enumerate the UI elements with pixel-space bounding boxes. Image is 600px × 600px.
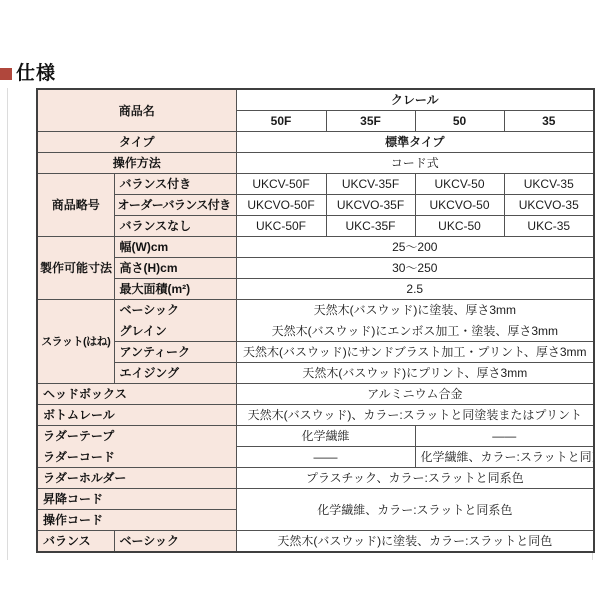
cell-slat-basic: 天然木(バスウッド)に塗装、厚さ3mm [236, 300, 594, 321]
row-height: 高さ(H)cm 30～250 [37, 258, 594, 279]
cell-cords: 化学繊維、カラー:スラットと同系色 [236, 489, 594, 531]
row-code-no-valance: バランスなし UKC-50F UKC-35F UKC-50 UKC-35 [37, 216, 594, 237]
label-ladder-tape: ラダーテープ [37, 426, 236, 447]
label-slat: スラット(はね) [37, 300, 114, 384]
row-type: タイプ 標準タイプ [37, 132, 594, 153]
row-slat-antique: アンティーク 天然木(バスウッド)にサンドブラスト加工・プリント、厚さ3mm [37, 342, 594, 363]
cell-model-35: 35 [504, 111, 594, 132]
cell-code: UKCVO-35 [504, 195, 594, 216]
cell-code: UKCV-35F [326, 174, 415, 195]
label-ladder-holder: ラダーホルダー [37, 468, 236, 489]
cell-slat-grain: 天然木(バスウッド)にエンボス加工・塗装、厚さ3mm [236, 321, 594, 342]
cell-ladder-tape-f: 化学繊維 [236, 426, 415, 447]
cell-code: UKC-50F [236, 216, 326, 237]
row-slat-grain: グレイン 天然木(バスウッド)にエンボス加工・塗装、厚さ3mm [37, 321, 594, 342]
label-bottom-rail: ボトムレール [37, 405, 236, 426]
cell-height-range: 30～250 [236, 258, 594, 279]
row-bottom-rail: ボトムレール 天然木(バスウッド)、カラー:スラットと同塗装またはプリント [37, 405, 594, 426]
cell-headbox: アルミニウム合金 [236, 384, 594, 405]
label-valance: バランス [37, 531, 114, 553]
label-height: 高さ(H)cm [114, 258, 236, 279]
cell-code: UKC-35 [504, 216, 594, 237]
row-slat-basic: スラット(はね) ベーシック 天然木(バスウッド)に塗装、厚さ3mm [37, 300, 594, 321]
cell-code: UKC-35F [326, 216, 415, 237]
row-operation: 操作方法 コード式 [37, 153, 594, 174]
row-width: 製作可能寸法 幅(W)cm 25～200 [37, 237, 594, 258]
row-product-name: 商品名 クレール [37, 89, 594, 111]
label-slat-basic: ベーシック [114, 300, 236, 321]
label-product-name: 商品名 [37, 89, 236, 132]
cell-bottom-rail: 天然木(バスウッド)、カラー:スラットと同塗装またはプリント [236, 405, 594, 426]
page-edge-left [7, 88, 8, 560]
cell-ladder-cord-std: 化学繊維、カラー:スラットと同系色 [415, 447, 594, 468]
label-size: 製作可能寸法 [37, 237, 114, 300]
label-valance-basic: ベーシック [114, 531, 236, 553]
cell-ladder-holder: プラスチック、カラー:スラットと同系色 [236, 468, 594, 489]
section-bullet-icon [0, 68, 12, 80]
label-width: 幅(W)cm [114, 237, 236, 258]
cell-type: 標準タイプ [236, 132, 594, 153]
cell-ladder-cord-f: ―― [236, 447, 415, 468]
cell-brand-name: クレール [236, 89, 594, 111]
row-ladder-holder: ラダーホルダー プラスチック、カラー:スラットと同系色 [37, 468, 594, 489]
cell-code: UKCVO-50F [236, 195, 326, 216]
row-code-valance: 商品略号 バランス付き UKCV-50F UKCV-35F UKCV-50 UK… [37, 174, 594, 195]
label-max-area: 最大面積(m²) [114, 279, 236, 300]
label-slat-grain: グレイン [114, 321, 236, 342]
cell-ladder-tape-std: ―― [415, 426, 594, 447]
page-title: 仕様 [16, 64, 56, 84]
cell-code: UKCVO-35F [326, 195, 415, 216]
row-headbox: ヘッドボックス アルミニウム合金 [37, 384, 594, 405]
cell-model-50: 50 [415, 111, 504, 132]
cell-model-50f: 50F [236, 111, 326, 132]
cell-valance: 天然木(バスウッド)に塗装、カラー:スラットと同色 [236, 531, 594, 553]
row-valance: バランス ベーシック 天然木(バスウッド)に塗装、カラー:スラットと同色 [37, 531, 594, 553]
cell-code: UKC-50 [415, 216, 504, 237]
row-lift-cord: 昇降コード 化学繊維、カラー:スラットと同系色 [37, 489, 594, 510]
cell-code: UKCV-50F [236, 174, 326, 195]
cell-code: UKCV-35 [504, 174, 594, 195]
cell-code: UKCVO-50 [415, 195, 504, 216]
label-type: タイプ [37, 132, 236, 153]
label-product-code: 商品略号 [37, 174, 114, 237]
cell-max-area: 2.5 [236, 279, 594, 300]
cell-slat-antique: 天然木(バスウッド)にサンドブラスト加工・プリント、厚さ3mm [236, 342, 594, 363]
cell-model-35f: 35F [326, 111, 415, 132]
row-max-area: 最大面積(m²) 2.5 [37, 279, 594, 300]
row-code-order-valance: オーダーバランス付き UKCVO-50F UKCVO-35F UKCVO-50 … [37, 195, 594, 216]
label-headbox: ヘッドボックス [37, 384, 236, 405]
spec-table: 商品名 クレール 50F 35F 50 35 タイプ 標準タイプ 操作方法 コー… [36, 88, 595, 553]
cell-slat-aging: 天然木(バスウッド)にプリント、厚さ3mm [236, 363, 594, 384]
label-code-no-valance: バランスなし [114, 216, 236, 237]
label-slat-aging: エイジング [114, 363, 236, 384]
row-slat-aging: エイジング 天然木(バスウッド)にプリント、厚さ3mm [37, 363, 594, 384]
cell-code: UKCV-50 [415, 174, 504, 195]
cell-operation: コード式 [236, 153, 594, 174]
label-lift-cord: 昇降コード [37, 489, 236, 510]
label-slat-antique: アンティーク [114, 342, 236, 363]
row-ladder-cord: ラダーコード ―― 化学繊維、カラー:スラットと同系色 [37, 447, 594, 468]
label-ladder-cord: ラダーコード [37, 447, 236, 468]
label-operation: 操作方法 [37, 153, 236, 174]
label-code-with-valance: バランス付き [114, 174, 236, 195]
section-header: 仕様 [0, 64, 56, 84]
cell-width-range: 25～200 [236, 237, 594, 258]
page: 仕様 商品名 クレール 50F 35F 50 35 タイプ 標準タイプ 操作方法 [0, 0, 600, 600]
label-operation-cord: 操作コード [37, 510, 236, 531]
row-ladder-tape: ラダーテープ 化学繊維 ―― [37, 426, 594, 447]
label-code-order-valance: オーダーバランス付き [114, 195, 236, 216]
